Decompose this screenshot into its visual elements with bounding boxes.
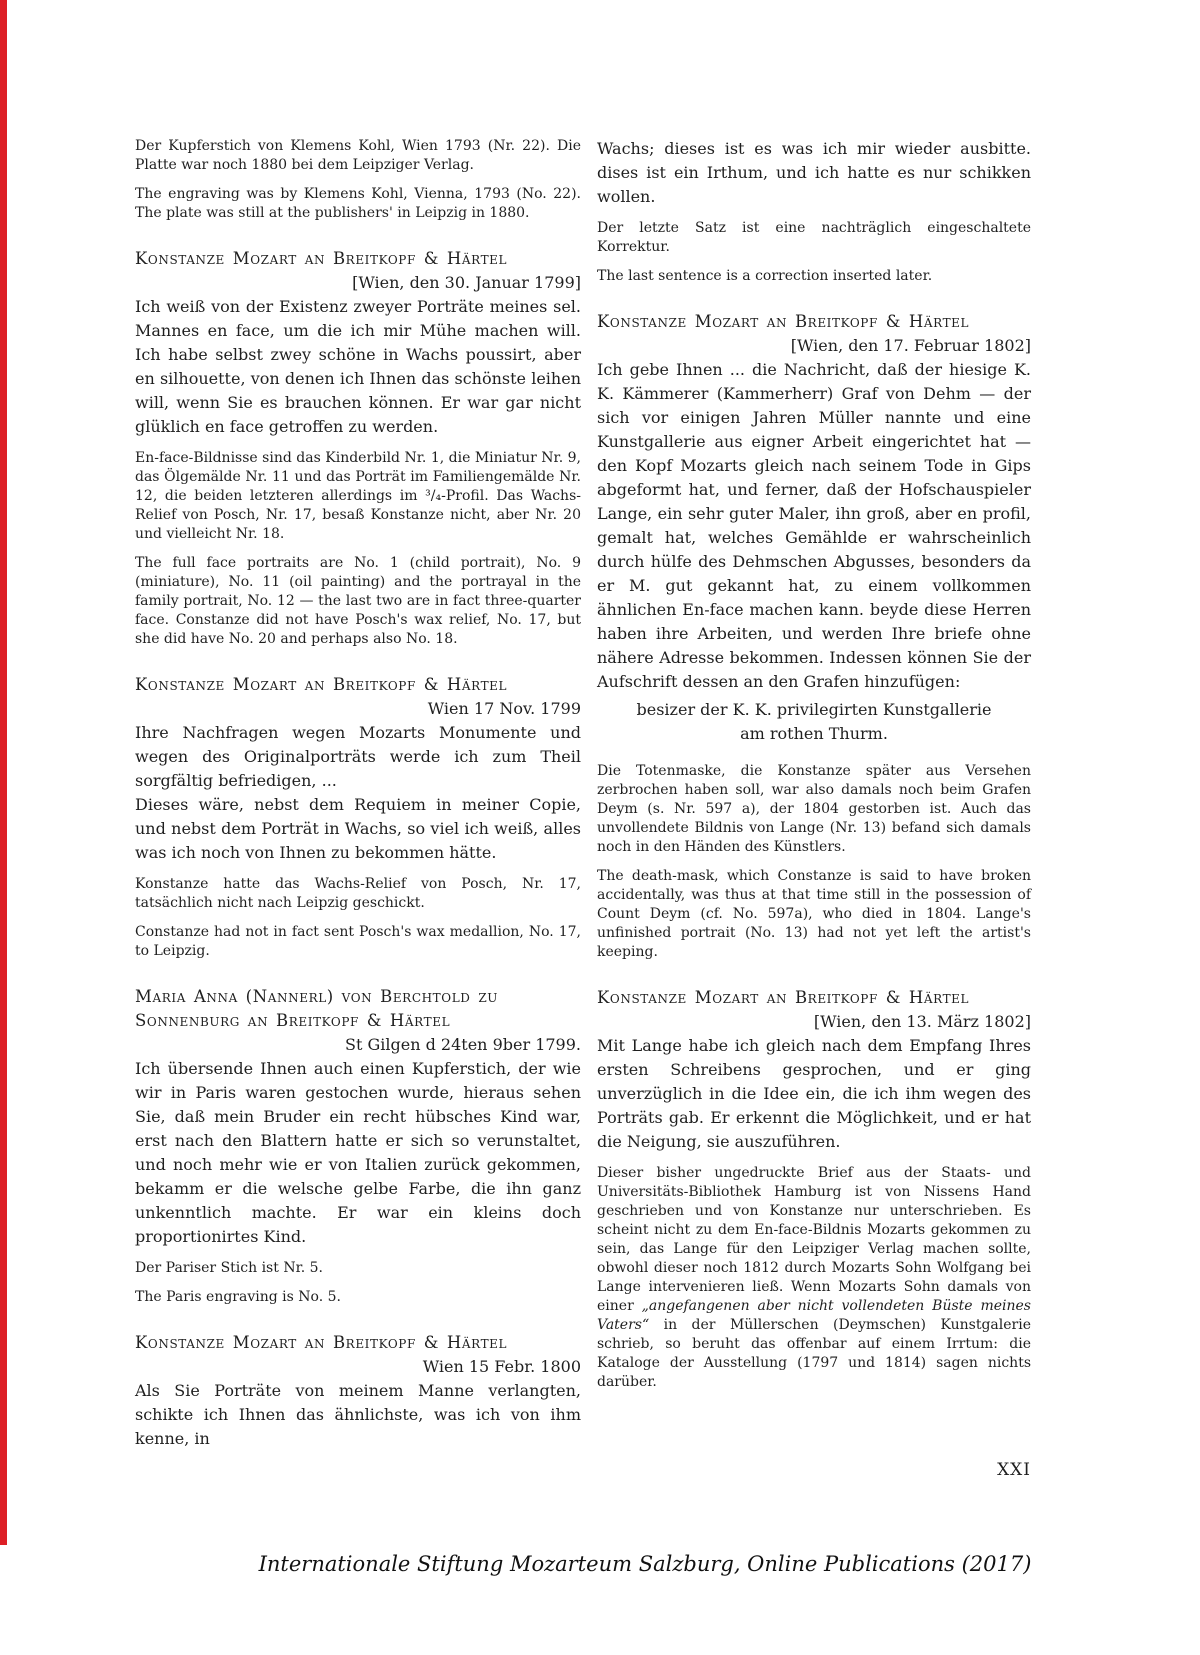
letter-body: Ich weiß von der Existenz zweyer Porträt… (135, 295, 581, 439)
commentary-en: The engraving was by Klemens Kohl, Vienn… (135, 185, 581, 223)
commentary-de: En-face-Bildnisse sind das Kinderbild Nr… (135, 449, 581, 544)
letter-body: Mit Lange habe ich gleich nach dem Empfa… (597, 1034, 1031, 1154)
letter-address-block: besizer der K. K. privilegirten Kunstgal… (597, 698, 1031, 746)
page-number: XXI (997, 1460, 1031, 1480)
letter-dateline: [Wien, den 13. März 1802] (597, 1010, 1031, 1034)
letter-heading: Konstanze Mozart an Breitkopf & Härtel (135, 247, 581, 271)
commentary-text: in der Müllerschen (Deymschen) Kunstgale… (597, 1317, 1031, 1390)
commentary-de: Der letzte Satz ist eine nachträglich ei… (597, 219, 1031, 257)
letter-body: Dieses wäre, nebst dem Requiem in meiner… (135, 793, 581, 865)
commentary-en: Constanze had not in fact sent Posch's w… (135, 923, 581, 961)
commentary-de: Dieser bisher ungedruckte Brief aus der … (597, 1164, 1031, 1392)
commentary-en: The full face portraits are No. 1 (child… (135, 554, 581, 649)
commentary-en: The Paris engraving is No. 5. (135, 1288, 581, 1307)
commentary-text: Dieser bisher ungedruckte Brief aus der … (597, 1165, 1031, 1314)
letter-address-line: am rothen Thurm. (597, 722, 1031, 746)
footer-publication-line: Internationale Stiftung Mozarteum Salzbu… (90, 1552, 1200, 1576)
right-column: Wachs; dieses ist es was ich mir wieder … (597, 137, 1031, 1402)
commentary-en: The death-mask, which Constanze is said … (597, 867, 1031, 962)
red-edge-bar (0, 0, 7, 1545)
letter-dateline: St Gilgen d 24ten 9ber 1799. (135, 1033, 581, 1057)
letter-body: Ich gebe Ihnen ... die Nachricht, daß de… (597, 358, 1031, 694)
letter-dateline: [Wien, den 17. Februar 1802] (597, 334, 1031, 358)
commentary-de: Der Pariser Stich ist Nr. 5. (135, 1259, 581, 1278)
letter-heading: Konstanze Mozart an Breitkopf & Härtel (597, 986, 1031, 1010)
commentary-de: Die Totenmaske, die Konstanze später aus… (597, 762, 1031, 857)
left-column: Der Kupferstich von Klemens Kohl, Wien 1… (135, 137, 581, 1461)
letter-dateline: Wien 17 Nov. 1799 (135, 697, 581, 721)
letter-dateline: Wien 15 Febr. 1800 (135, 1355, 581, 1379)
letter-heading: Konstanze Mozart an Breitkopf & Härtel (597, 310, 1031, 334)
letter-body-continuation: Wachs; dieses ist es was ich mir wieder … (597, 137, 1031, 209)
letter-address-line: besizer der K. K. privilegirten Kunstgal… (597, 698, 1031, 722)
letter-body: Ich übersende Ihnen auch einen Kupfersti… (135, 1057, 581, 1249)
commentary-de: Der Kupferstich von Klemens Kohl, Wien 1… (135, 137, 581, 175)
commentary-de: Konstanze hatte das Wachs-Relief von Pos… (135, 875, 581, 913)
letter-dateline: [Wien, den 30. Januar 1799] (135, 271, 581, 295)
letter-heading: Konstanze Mozart an Breitkopf & Härtel (135, 673, 581, 697)
commentary-en: The last sentence is a correction insert… (597, 267, 1031, 286)
letter-body: Als Sie Porträte von meinem Manne verlan… (135, 1379, 581, 1451)
letter-body: Ihre Nachfragen wegen Mozarts Monumente … (135, 721, 581, 793)
letter-heading: Konstanze Mozart an Breitkopf & Härtel (135, 1331, 581, 1355)
letter-heading: Maria Anna (Nannerl) von Berchtold zu So… (135, 985, 581, 1033)
